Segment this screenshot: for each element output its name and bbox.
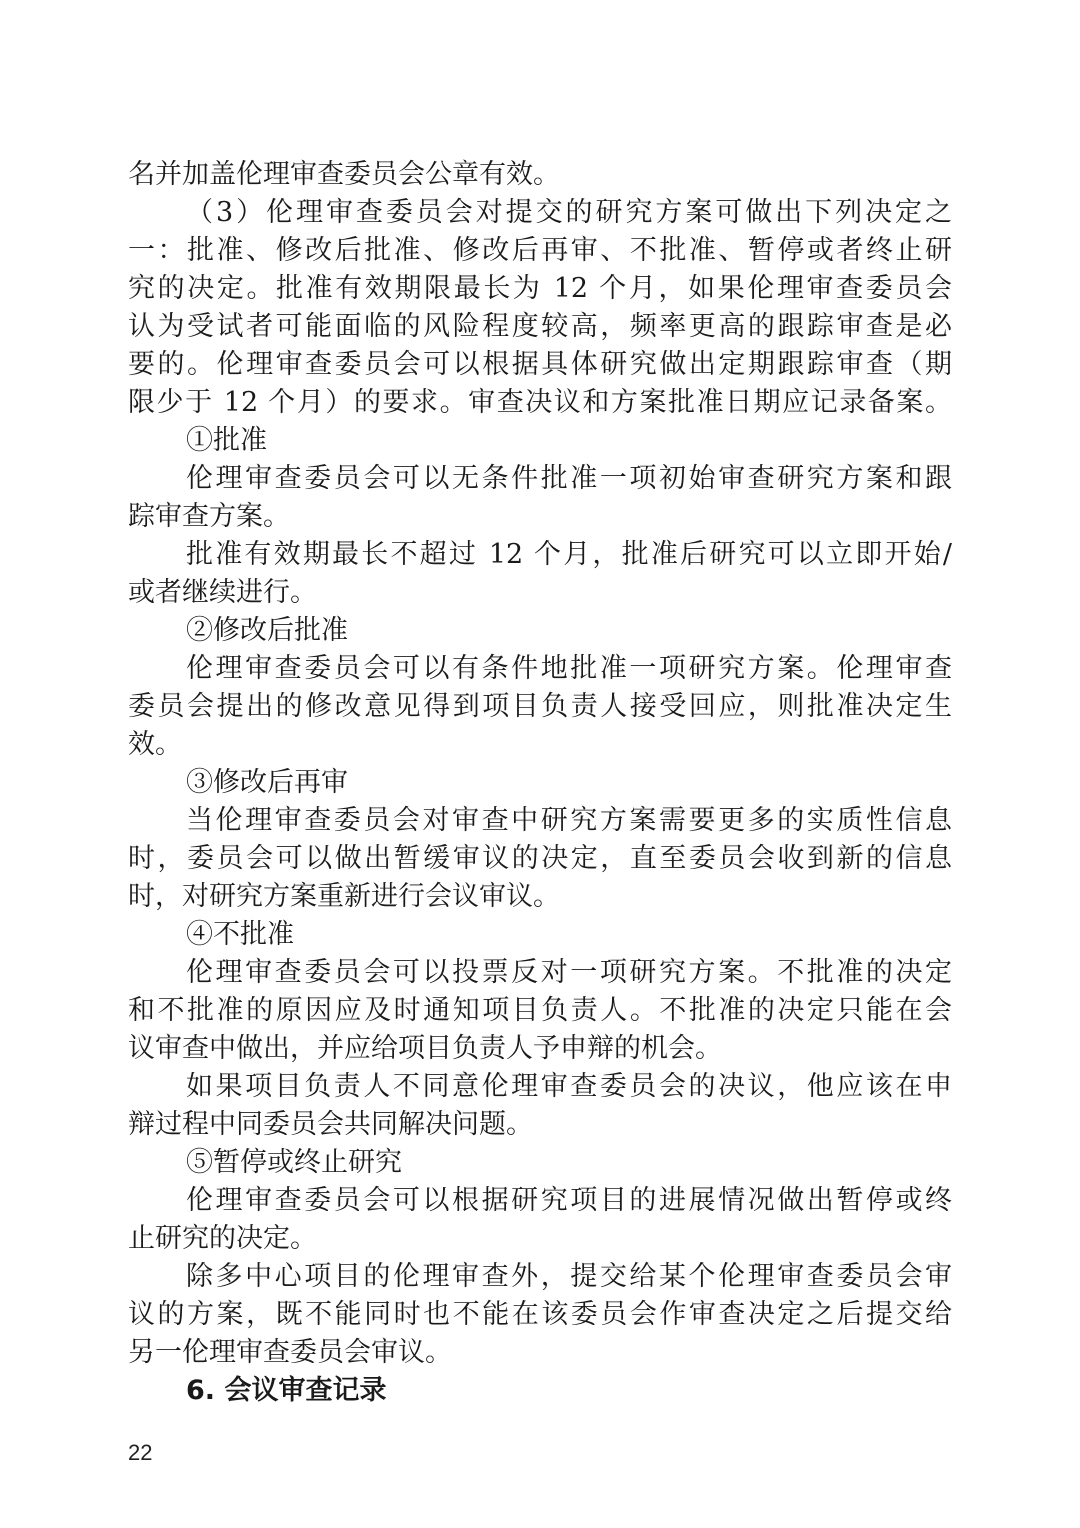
subheading-approve: ①批准 xyxy=(186,422,952,460)
paragraph-line: 时，委员会可以做出暂缓审议的决定，直至委员会收到新的信息 xyxy=(128,840,952,878)
paragraph-line: 时，对研究方案重新进行会议审议。 xyxy=(128,878,952,916)
paragraph-line: 伦理审查委员会可以有条件地批准一项研究方案。伦理审查 xyxy=(186,650,952,688)
section-heading-meeting-records: 6. 会议审查记录 xyxy=(186,1372,952,1410)
paragraph-line: 委员会提出的修改意见得到项目负责人接受回应，则批准决定生 xyxy=(128,688,952,726)
subheading-approve-after-revision: ②修改后批准 xyxy=(186,612,952,650)
paragraph-line: 认为受试者可能面临的风险程度较高，频率更高的跟踪审查是必 xyxy=(128,308,952,346)
subheading-re-review-after-revision: ③修改后再审 xyxy=(186,764,952,802)
paragraph-line: 究的决定。批准有效期限最长为 12 个月，如果伦理审查委员会 xyxy=(128,270,952,308)
paragraph-line: 和不批准的原因应及时通知项目负责人。不批准的决定只能在会 xyxy=(128,992,952,1030)
subheading-disapprove: ④不批准 xyxy=(186,916,952,954)
page-number: 22 xyxy=(128,1440,152,1466)
paragraph-line: 伦理审查委员会可以根据研究项目的进展情况做出暂停或终 xyxy=(186,1182,952,1220)
paragraph-line: 止研究的决定。 xyxy=(128,1220,952,1258)
paragraph-line: 除多中心项目的伦理审查外，提交给某个伦理审查委员会审 xyxy=(186,1258,952,1296)
paragraph-line: 要的。伦理审查委员会可以根据具体研究做出定期跟踪审查（期 xyxy=(128,346,952,384)
paragraph-line: 踪审查方案。 xyxy=(128,498,952,536)
paragraph-line: 伦理审查委员会可以无条件批准一项初始审查研究方案和跟 xyxy=(186,460,952,498)
paragraph-line: 伦理审查委员会可以投票反对一项研究方案。不批准的决定 xyxy=(186,954,952,992)
paragraph-line: 一：批准、修改后批准、修改后再审、不批准、暂停或者终止研 xyxy=(128,232,952,270)
paragraph-line: 议的方案，既不能同时也不能在该委员会作审查决定之后提交给 xyxy=(128,1296,952,1334)
paragraph-line: 另一伦理审查委员会审议。 xyxy=(128,1334,952,1372)
paragraph-line: （3）伦理审查委员会对提交的研究方案可做出下列决定之 xyxy=(186,194,952,232)
paragraph-line: 如果项目负责人不同意伦理审查委员会的决议，他应该在申 xyxy=(186,1068,952,1106)
paragraph-line: 议审查中做出，并应给项目负责人予申辩的机会。 xyxy=(128,1030,952,1068)
paragraph-line: 限少于 12 个月）的要求。审查决议和方案批准日期应记录备案。 xyxy=(128,384,952,422)
paragraph-line: 辩过程中同委员会共同解决问题。 xyxy=(128,1106,952,1144)
subheading-suspend-or-terminate: ⑤暂停或终止研究 xyxy=(186,1144,952,1182)
paragraph-line: 效。 xyxy=(128,726,952,764)
paragraph-line: 名并加盖伦理审查委员会公章有效。 xyxy=(128,156,952,194)
paragraph-line: 批准有效期最长不超过 12 个月，批准后研究可以立即开始/ xyxy=(186,536,952,574)
paragraph-line: 当伦理审查委员会对审查中研究方案需要更多的实质性信息 xyxy=(186,802,952,840)
document-page: 名并加盖伦理审查委员会公章有效。 （3）伦理审查委员会对提交的研究方案可做出下列… xyxy=(0,0,1080,1528)
paragraph-line: 或者继续进行。 xyxy=(128,574,952,612)
